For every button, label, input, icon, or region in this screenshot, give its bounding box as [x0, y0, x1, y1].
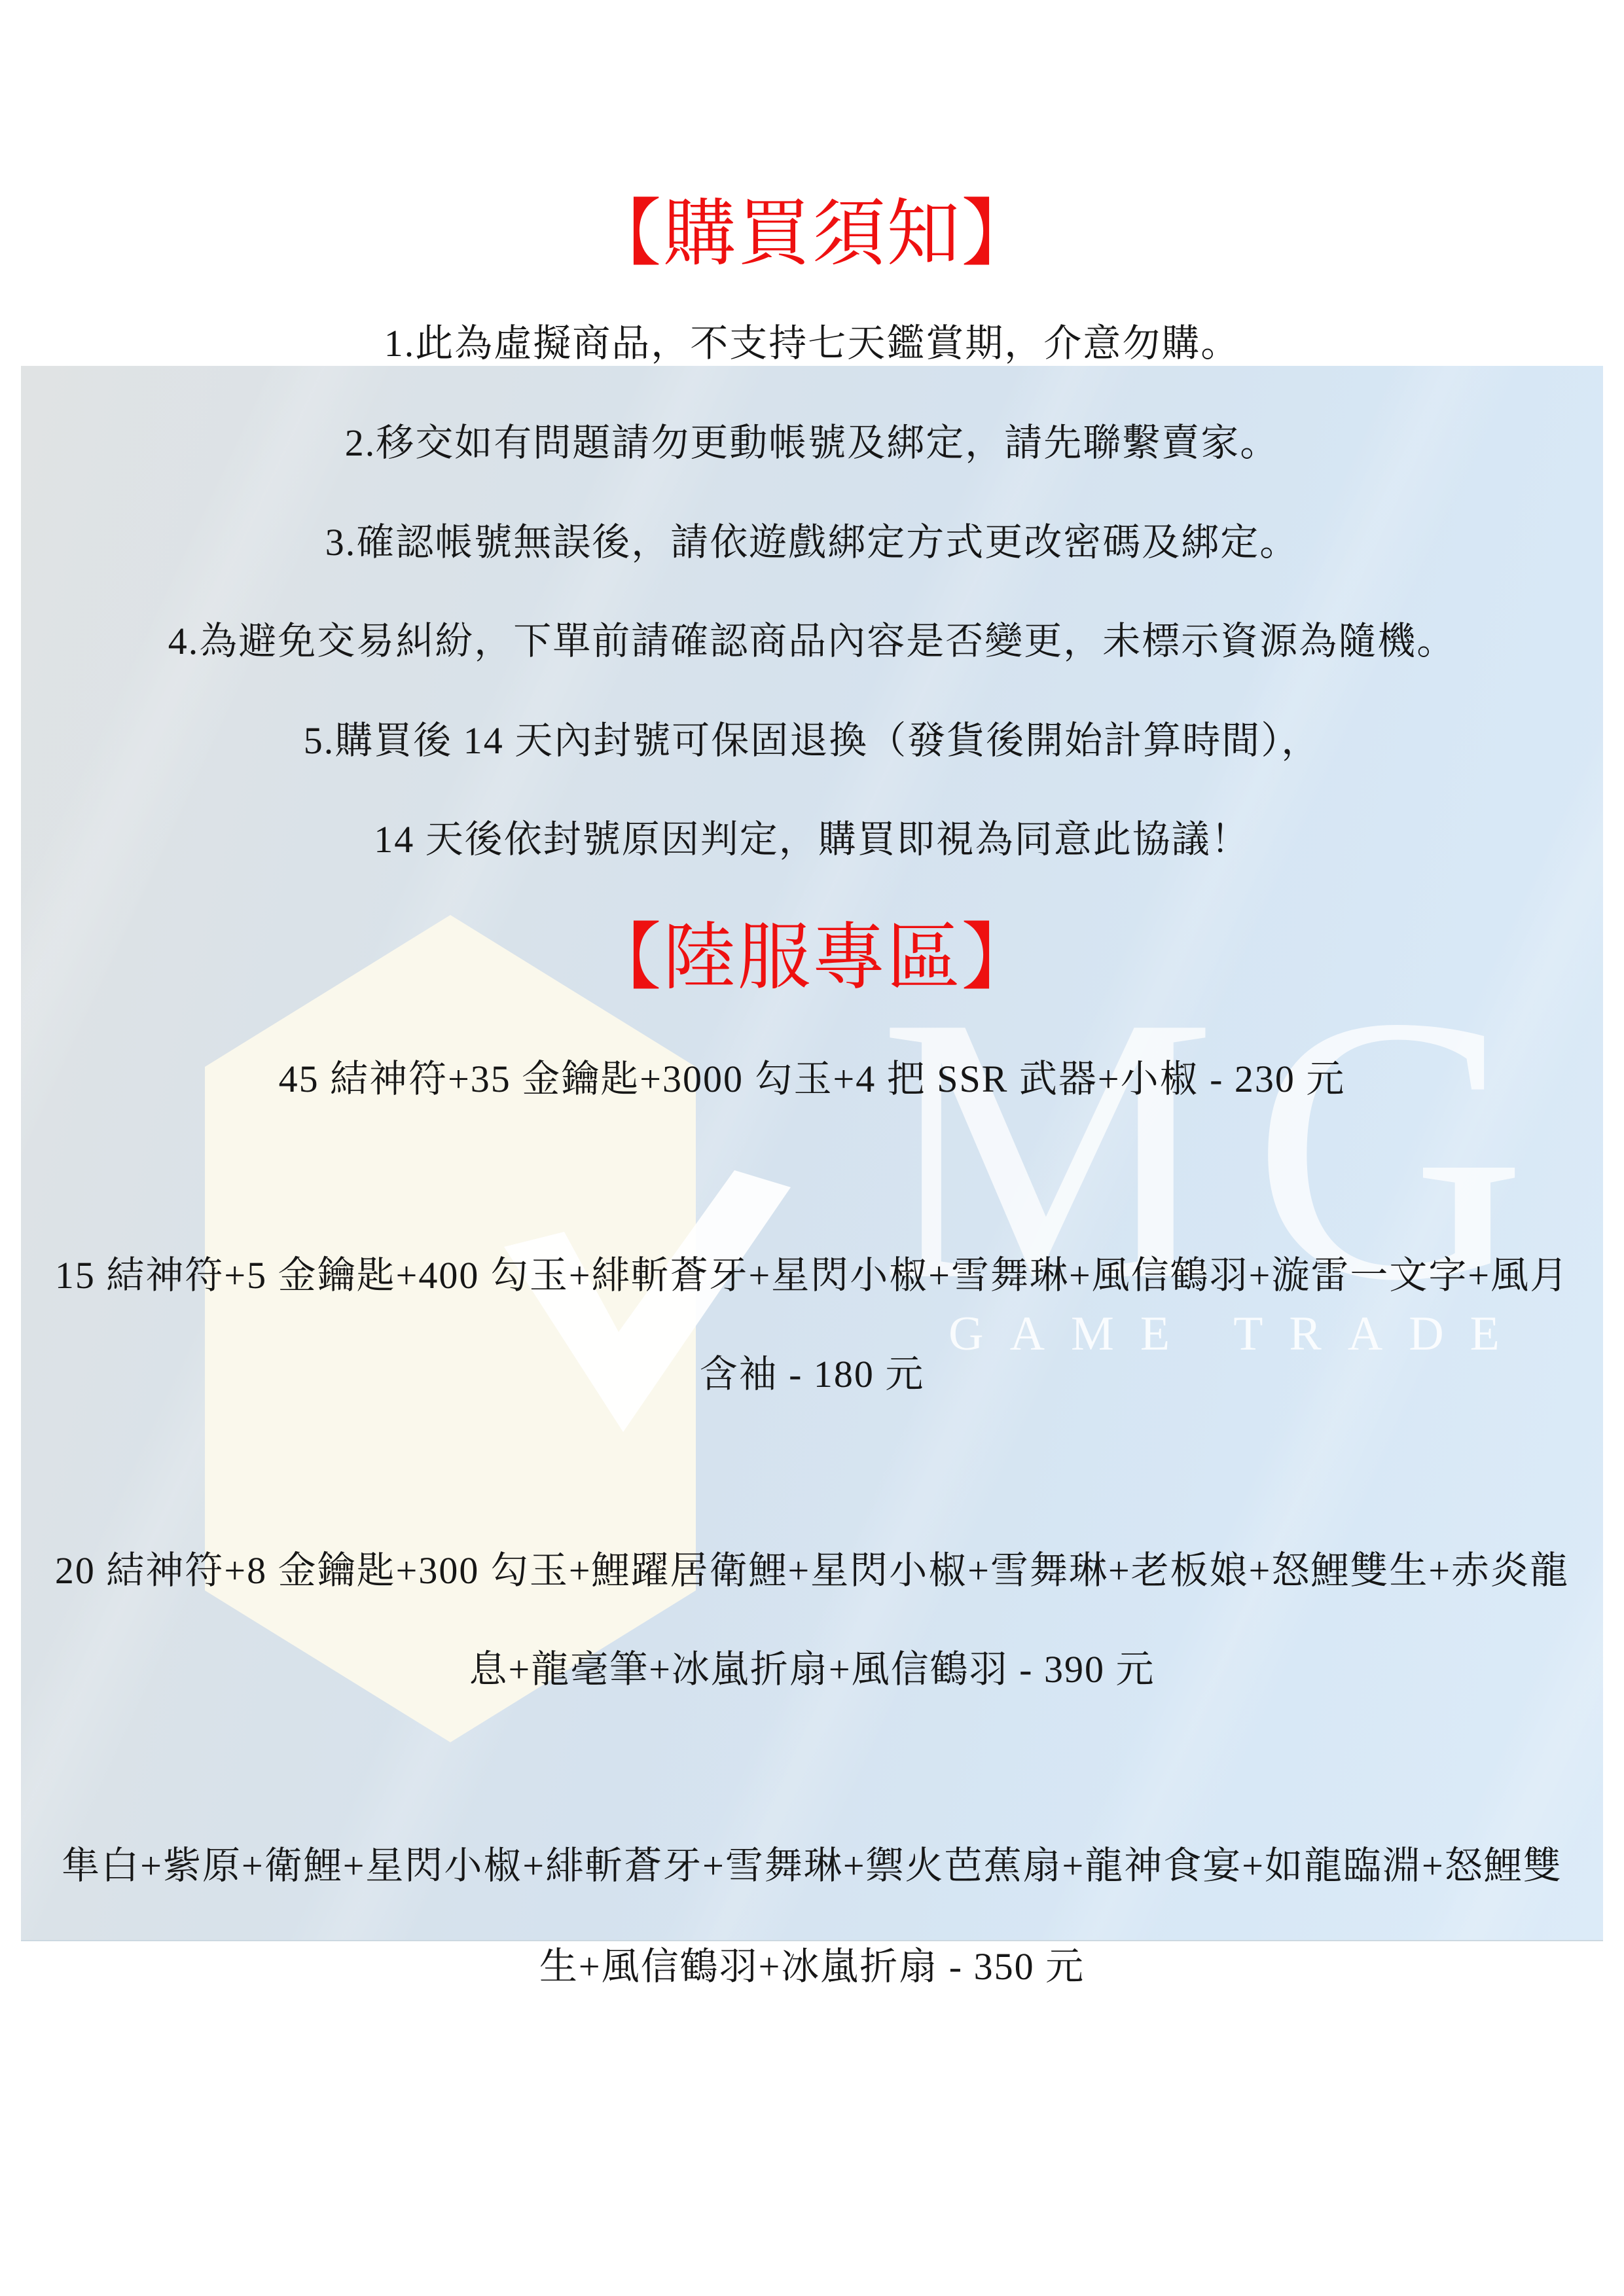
- product-listing-3-line-1: 20 結神符+8 金鑰匙+300 勾玉+鯉躍居衛鯉+星閃小椒+雪舞琳+老板娘+怒…: [0, 1547, 1624, 1595]
- product-listing-4-line-2: 生+風信鶴羽+冰嵐折扇 - 350 元: [0, 1943, 1624, 1991]
- notice-item-4: 4.為避免交易糾紛，下單前請確認商品內容是否變更，未標示資源為隨機。: [0, 617, 1624, 666]
- document-page: MG GAME TRADE 【購買須知】 1.此為虛擬商品，不支持七天鑑賞期，介…: [0, 0, 1624, 2296]
- product-listing-1-line-1: 45 結神符+35 金鑰匙+3000 勾玉+4 把 SSR 武器+小椒 - 23…: [0, 1055, 1624, 1103]
- content-panel: [21, 366, 1603, 1941]
- notice-item-5: 5.購買後 14 天內封號可保固退換（發貨後開始計算時間），: [0, 717, 1624, 765]
- page-title-cn-server-zone: 【陸服專區】: [0, 915, 1624, 1001]
- notice-item-3: 3.確認帳號無誤後，請依遊戲綁定方式更改密碼及綁定。: [0, 518, 1624, 567]
- notice-item-2: 2.移交如有問題請勿更動帳號及綁定，請先聯繫賣家。: [0, 419, 1624, 467]
- page-title-buy-notice: 【購買須知】: [0, 191, 1624, 278]
- product-listing-4-line-1: 隼白+紫原+衛鯉+星閃小椒+緋斬蒼牙+雪舞琳+禦火芭蕉扇+龍神食宴+如龍臨淵+怒…: [0, 1842, 1624, 1890]
- product-listing-3-line-2: 息+龍毫筆+冰嵐折扇+風信鶴羽 - 390 元: [0, 1645, 1624, 1694]
- notice-item-5-continued: 14 天後依封號原因判定，購買即視為同意此協議！: [0, 816, 1624, 864]
- product-listing-2-line-2: 含袖 - 180 元: [0, 1350, 1624, 1399]
- product-listing-2-line-1: 15 結神符+5 金鑰匙+400 勾玉+緋斬蒼牙+星閃小椒+雪舞琳+風信鶴羽+漩…: [0, 1251, 1624, 1300]
- notice-item-1: 1.此為虛擬商品，不支持七天鑑賞期，介意勿購。: [0, 319, 1624, 368]
